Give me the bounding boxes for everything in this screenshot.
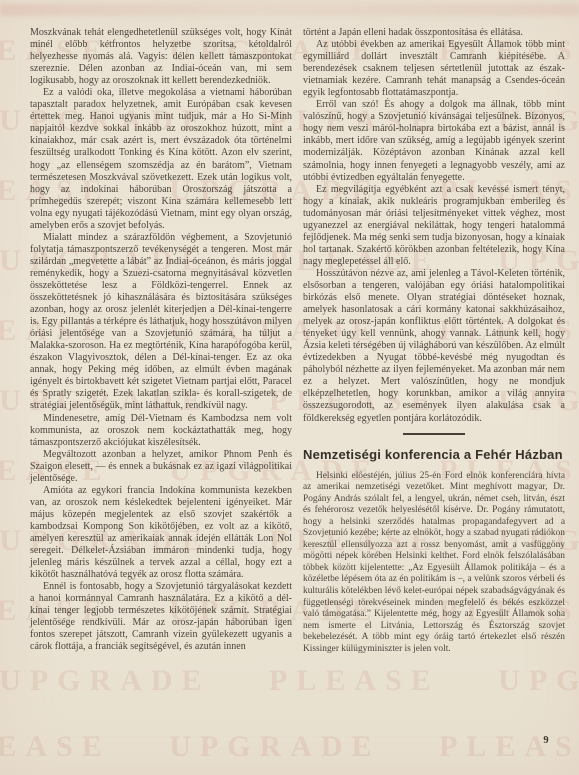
paragraph: Mialatt mindez a szárazföldön végbement,… <box>30 232 292 413</box>
scanned-page: PLEASE UPGRADE PLEASE UPGRADE PLEASE UPG… <box>0 0 579 775</box>
paragraph: Megváltozott azonban a helyzet, amikor P… <box>30 449 292 485</box>
paragraph: Az utóbbi években az amerikai Egyesült Á… <box>303 39 565 99</box>
paragraph: Moszkvának tehát elengedhetetlenül szüks… <box>30 27 292 87</box>
section-paragraph: Helsinki előestéjén, július 25-én Ford e… <box>303 471 565 656</box>
page-number: 9 <box>536 735 556 746</box>
paragraph: Mindenesetre, amíg Dél-Vietnam és Kambod… <box>30 413 292 449</box>
paragraph: Ennél is fontosabb, hogy a Szovjetunió t… <box>30 581 292 653</box>
scan-artifact-streak <box>0 4 579 16</box>
section-heading: Nemzetiségi konferencia a Fehér Házban <box>303 447 565 462</box>
paragraph: Ez megvilágítja egyébként azt a csak kev… <box>303 184 565 268</box>
paragraph: Hosszútávon nézve az, ami jelenleg a Táv… <box>303 268 565 425</box>
paragraph: történt a Japán elleni hadak összpontosí… <box>303 27 565 39</box>
paragraph: Erről van szó! És ahogy a dolgok ma álln… <box>303 99 565 183</box>
page-body: Moszkvának tehát elengedhetetlenül szüks… <box>30 27 565 655</box>
paragraph: Ez a valódi oka, illetve megokolása a vi… <box>30 87 292 232</box>
watermark-row: PLEASE UPGRADE PLEASE UPGRADE PLEASE UPG… <box>0 664 579 698</box>
paragraph: Amióta az egykori francia Indokína kommu… <box>30 485 292 581</box>
section-divider <box>403 433 465 435</box>
watermark-row: PLEASE UPGRADE PLEASE UPGRADE PLEASE UPG… <box>0 730 579 764</box>
right-column: történt a Japán elleni hadak összpontosí… <box>303 27 565 655</box>
left-column: Moszkvának tehát elengedhetetlenül szüks… <box>30 27 292 655</box>
